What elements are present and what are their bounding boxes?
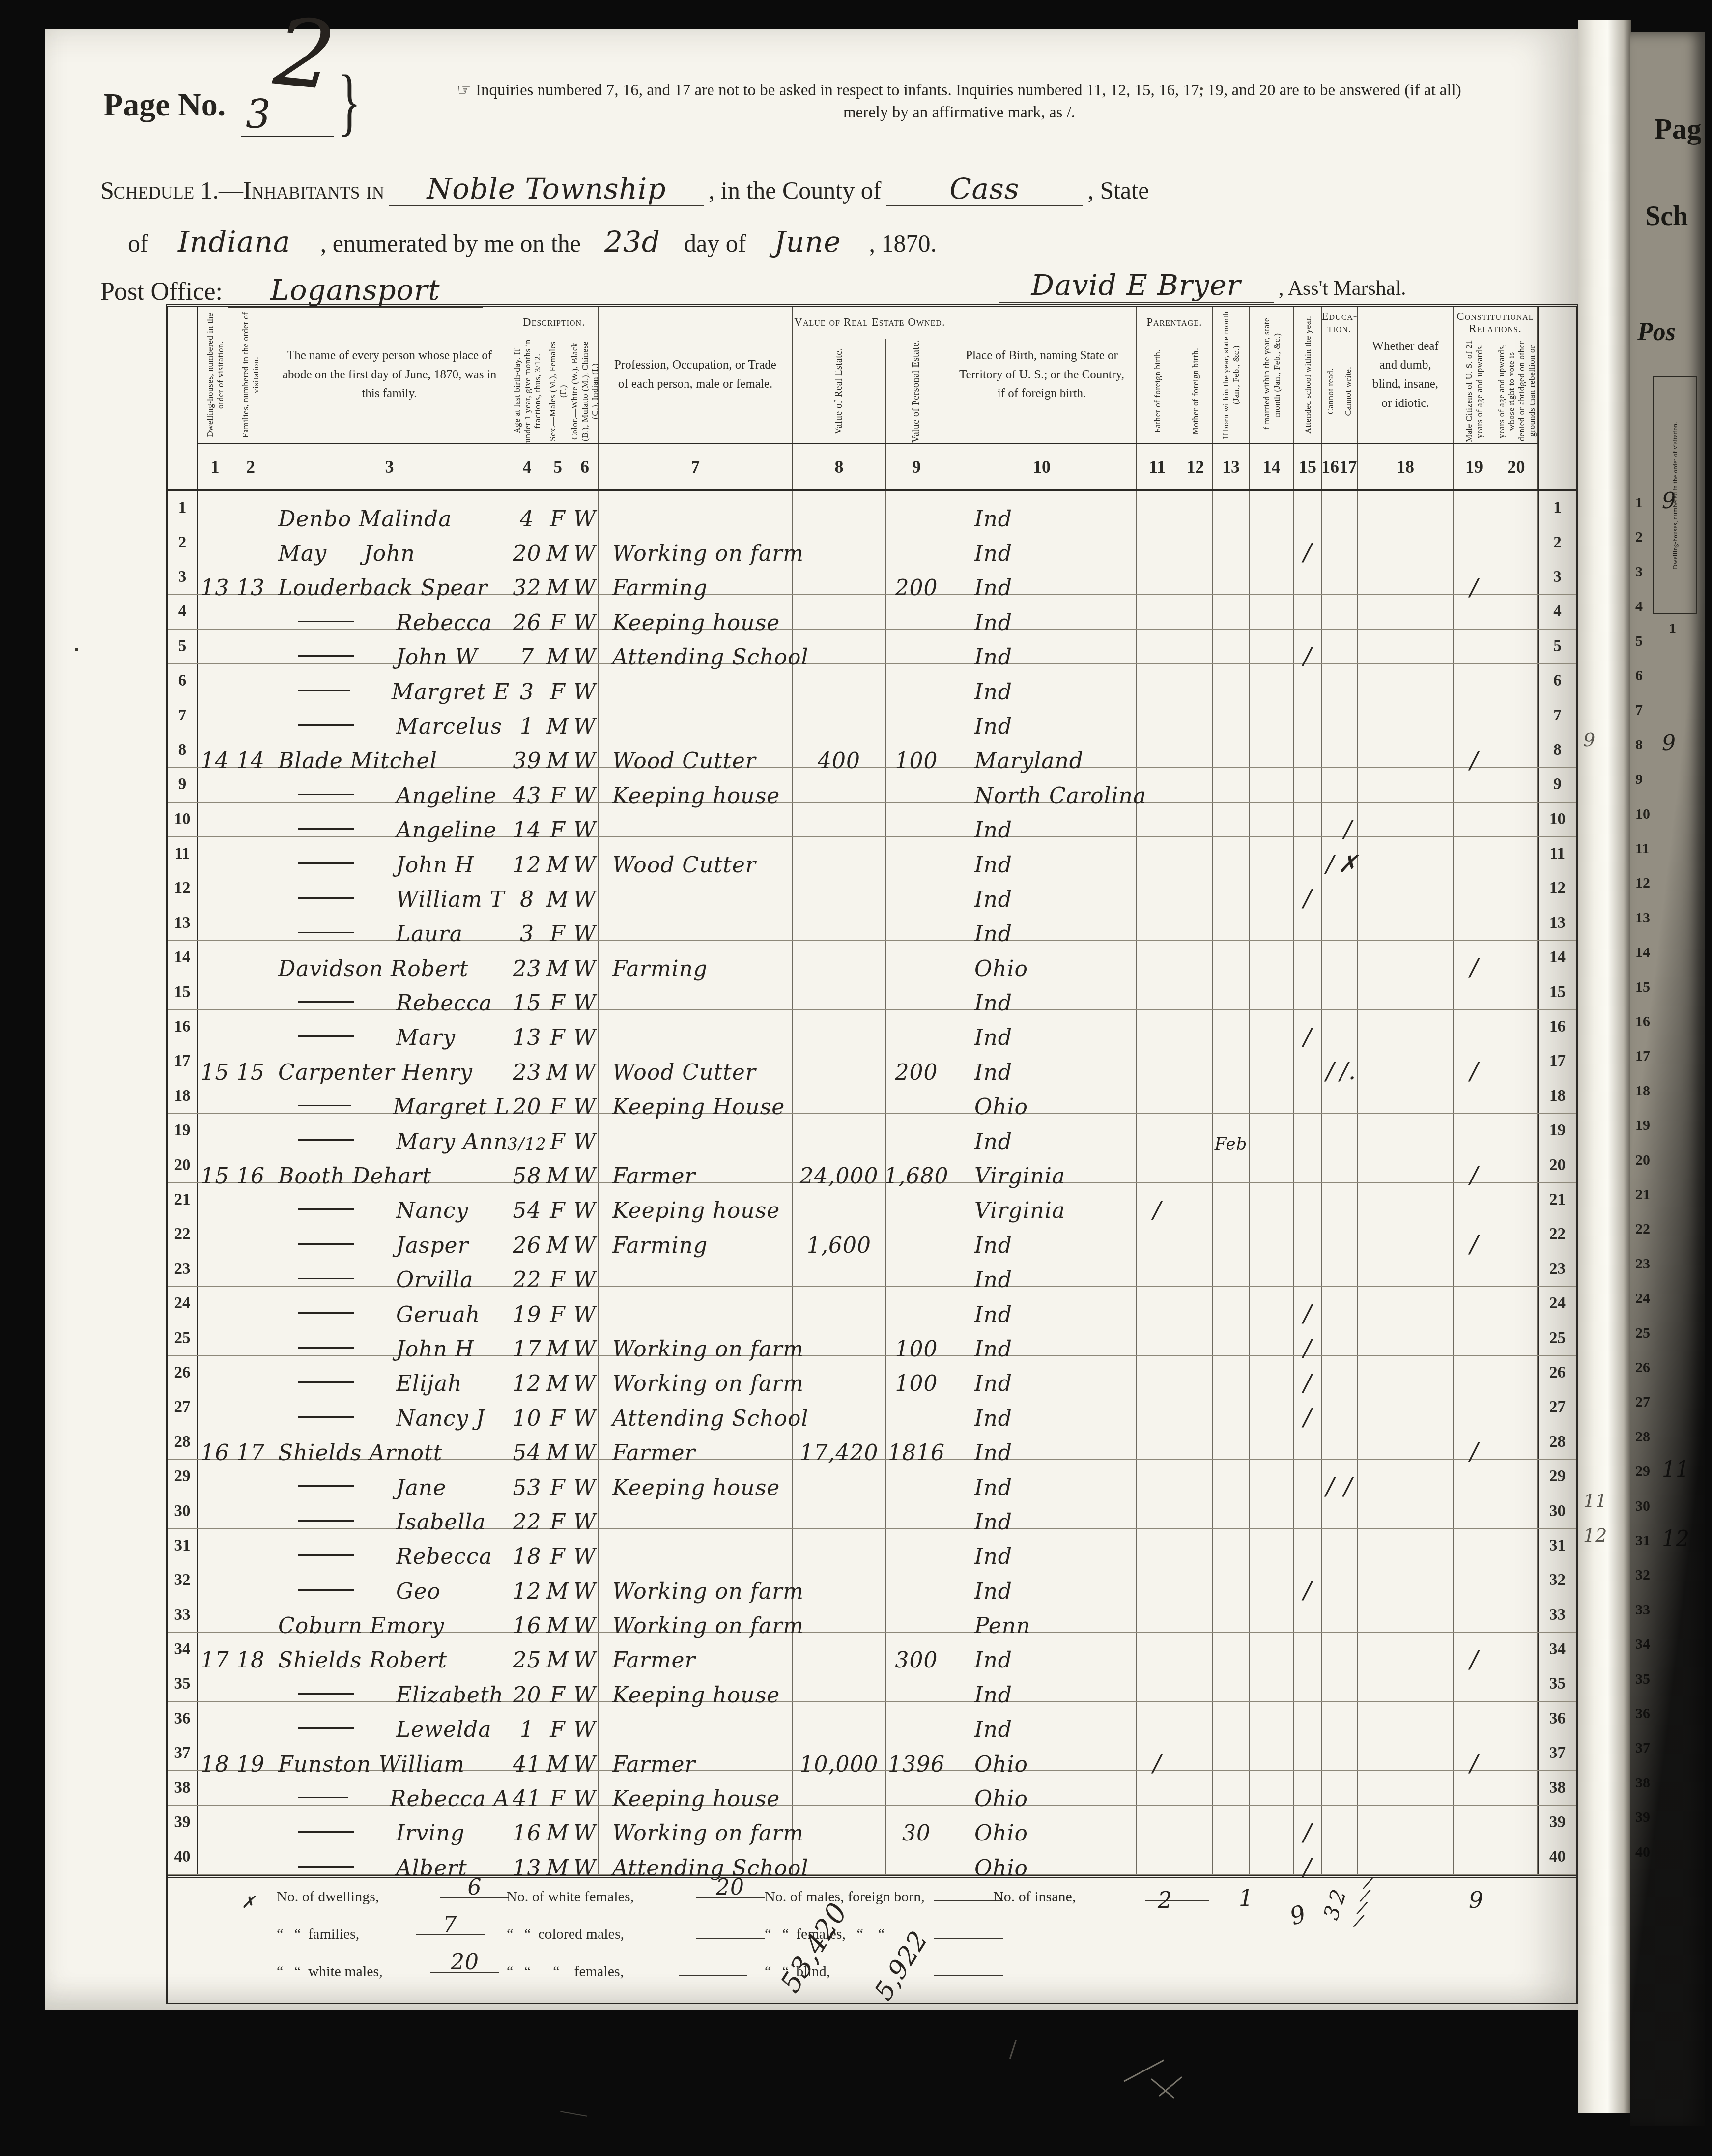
- cell-c15: [1294, 1667, 1322, 1701]
- cell-c19: [1454, 1806, 1495, 1840]
- person-name: Rebecca: [396, 1547, 492, 1567]
- value-col: W: [573, 959, 596, 979]
- ditto-dash: [298, 1243, 354, 1245]
- value-age: 22: [513, 1270, 542, 1291]
- value-col: W: [573, 1270, 596, 1291]
- next-page-row-number: 10: [1635, 806, 1650, 823]
- column-header-20: Male Citizens of U. S. of 21 years of ag…: [1495, 339, 1538, 443]
- cell-dw: [198, 975, 232, 1009]
- cell-c18: [1358, 803, 1454, 836]
- column-number-5: 5: [544, 443, 571, 489]
- value-sex: M: [546, 855, 569, 876]
- cell-c12: [1178, 560, 1213, 594]
- value-col: W: [573, 1097, 596, 1118]
- cell-re: [793, 1667, 886, 1701]
- value-c16: ∕: [1326, 853, 1334, 876]
- value-age: 12: [513, 1581, 542, 1602]
- cell-c17: [1339, 1667, 1358, 1701]
- cell-fam: 15: [232, 1044, 269, 1078]
- cell-c18: [1358, 1010, 1454, 1044]
- column-group-label: Constitutional Relations.: [1454, 307, 1538, 339]
- value-col: W: [573, 544, 596, 564]
- cell-c20: [1495, 630, 1538, 663]
- next-page-row-number: 30: [1635, 1498, 1650, 1515]
- person-name: Rebecca: [396, 613, 492, 633]
- value-col: W: [573, 647, 596, 668]
- cell-c17: [1339, 1736, 1358, 1770]
- cell-dw: [198, 1217, 232, 1251]
- cell-occ: Wood Cutter: [599, 1044, 793, 1078]
- cell-c12: [1178, 1598, 1213, 1632]
- ditto-dash: [298, 1278, 354, 1279]
- cell-fam: [232, 837, 269, 871]
- scratch-mark: [1009, 2040, 1017, 2059]
- value-sex: F: [550, 1789, 566, 1810]
- value-re: 1,600: [807, 1236, 871, 1256]
- cell-c11: [1137, 1114, 1178, 1148]
- cell-dw: [198, 1390, 232, 1424]
- value-sex: F: [550, 1512, 566, 1533]
- value-sex: F: [550, 682, 566, 703]
- value-c16: ∕: [1326, 1476, 1334, 1498]
- value-occ: Working on farm: [612, 1616, 804, 1637]
- cell-c17: [1339, 1563, 1358, 1597]
- value-age: 1: [520, 717, 534, 737]
- row-number-left: 19: [168, 1114, 198, 1148]
- cell-c14: [1250, 906, 1294, 940]
- value-age: 17: [513, 1339, 542, 1360]
- cell-pe: [886, 1217, 947, 1251]
- schedule-mid1: , in the County of: [709, 176, 881, 204]
- table-row: 1Denbo Malinda4FWInd1: [168, 491, 1576, 525]
- cell-c19: [1454, 906, 1495, 940]
- footer-summary-label: No. of dwellings,: [277, 1889, 379, 1905]
- cell-c20: [1495, 1356, 1538, 1390]
- value-age: 53: [513, 1478, 542, 1498]
- cell-c13: Feb: [1213, 1114, 1250, 1148]
- person-name: Marcelus: [396, 717, 502, 737]
- row-number-left: 22: [168, 1217, 198, 1251]
- row-number-right: 37: [1538, 1736, 1576, 1770]
- value-c19: ∕: [1470, 576, 1478, 599]
- cell-c20: [1495, 1702, 1538, 1736]
- cell-c11: [1137, 491, 1178, 525]
- row-number-right: 19: [1538, 1114, 1576, 1148]
- value-age: 13: [513, 1028, 542, 1048]
- row-number-right: 30: [1538, 1494, 1576, 1528]
- cell-c16: [1322, 1806, 1339, 1840]
- value-re: 24,000: [800, 1166, 879, 1187]
- next-page-row-number: 32: [1635, 1567, 1650, 1583]
- value-age: 25: [513, 1650, 542, 1671]
- cell-c18: [1358, 1702, 1454, 1736]
- cell-dw: [198, 803, 232, 836]
- value-c15: ∕: [1303, 645, 1312, 668]
- cell-c13: [1213, 1010, 1250, 1044]
- next-page-row-number: 34: [1635, 1636, 1650, 1653]
- cell-dw: [198, 837, 232, 871]
- value-bp: Ind: [974, 1270, 1012, 1291]
- cell-c14: [1250, 1114, 1294, 1148]
- cell-c15: [1294, 1529, 1322, 1563]
- next-page-row-number: 14: [1635, 944, 1650, 961]
- person-name: Rebecca: [396, 993, 492, 1014]
- cell-c16: [1322, 1563, 1339, 1597]
- column-number-8: 8: [793, 443, 886, 489]
- cell-c15: [1294, 1771, 1322, 1805]
- table-row: 16Mary13FWInd∕16: [168, 1010, 1576, 1044]
- table-body: 1Denbo Malinda4FWInd12May John20MWWorkin…: [168, 491, 1576, 1875]
- cell-c16: [1322, 768, 1339, 802]
- value-bp: Ind: [974, 993, 1012, 1014]
- cell-fam: [232, 1217, 269, 1251]
- person-name: John H: [396, 855, 474, 876]
- column-number-17: 17: [1339, 443, 1358, 489]
- cell-c16: [1322, 1736, 1339, 1770]
- value-col: W: [573, 1339, 596, 1360]
- next-page-row-number: 20: [1635, 1152, 1650, 1169]
- cell-c18: [1358, 1356, 1454, 1390]
- cell-c11: [1137, 698, 1178, 732]
- cell-c16: [1322, 906, 1339, 940]
- cell-c17: [1339, 1598, 1358, 1632]
- footer-insane-value: [1145, 1878, 1209, 1901]
- cell-fam: [232, 1390, 269, 1424]
- cell-c16: [1322, 803, 1339, 836]
- value-bp: Ind: [974, 890, 1012, 910]
- value-re: 10,000: [800, 1754, 879, 1775]
- cell-c13: [1213, 1390, 1250, 1424]
- cell-fam: [232, 1702, 269, 1736]
- cell-c12: [1178, 1321, 1213, 1355]
- cell-pe: [886, 941, 947, 975]
- row-number-left: 6: [168, 664, 198, 698]
- value-c19: ∕: [1470, 1164, 1478, 1187]
- cell-c16: [1322, 1633, 1339, 1667]
- cell-pe: [886, 1563, 947, 1597]
- value-sex: F: [550, 509, 566, 530]
- cell-c20: [1495, 1598, 1538, 1632]
- value-occ: Farmer: [612, 1650, 696, 1671]
- value-bp: Virginia: [974, 1201, 1065, 1221]
- cell-c13: [1213, 768, 1250, 802]
- cell-c13: [1213, 803, 1250, 836]
- next-page-row-number: 11: [1635, 840, 1649, 857]
- cell-fam: [232, 941, 269, 975]
- cell-c16: [1322, 1840, 1339, 1874]
- value-age: 3/12: [507, 1136, 546, 1152]
- cell-c18: [1358, 1287, 1454, 1321]
- cell-c12: [1178, 1183, 1213, 1217]
- cell-name: Coburn Emory: [269, 1598, 510, 1632]
- post-office-line: Post Office: Logansport: [100, 273, 483, 308]
- ditto-dash: [298, 1105, 351, 1106]
- cell-pe: [886, 1114, 947, 1148]
- cell-re: [793, 975, 886, 1009]
- row-number-right: 28: [1538, 1425, 1576, 1459]
- next-page-row-number: 33: [1635, 1602, 1650, 1618]
- cell-c12: [1178, 1771, 1213, 1805]
- page-header: Page No.: [103, 86, 226, 124]
- cell-fam: 18: [232, 1633, 269, 1667]
- cell-dw: [198, 698, 232, 732]
- table-row: 7Marcelus1MWInd7: [168, 698, 1576, 733]
- cell-c20: [1495, 1044, 1538, 1078]
- value-age: 15: [513, 993, 542, 1014]
- cell-c19: [1454, 1356, 1495, 1390]
- value-sex: F: [550, 1478, 566, 1498]
- cell-pe: 200: [886, 560, 947, 594]
- cell-c11: [1137, 1633, 1178, 1667]
- cell-name: Geruah: [269, 1287, 510, 1321]
- cell-c16: [1322, 1287, 1339, 1321]
- value-occ: Keeping house: [612, 1685, 780, 1706]
- footer-insane-label: No. of insane,: [993, 1889, 1076, 1905]
- cell-dw: [198, 1598, 232, 1632]
- footer-summary-value: 20: [430, 1953, 499, 1973]
- cell-c14: [1250, 664, 1294, 698]
- cell-pe: 1816: [886, 1425, 947, 1459]
- cell-c19: [1454, 1563, 1495, 1597]
- cell-fam: [232, 906, 269, 940]
- value-sex: M: [546, 1443, 569, 1464]
- cell-c12: [1178, 1736, 1213, 1770]
- value-occ: Farming: [612, 578, 708, 599]
- person-name: John H: [396, 1339, 474, 1360]
- value-col: W: [573, 855, 596, 876]
- cell-c11: [1137, 1494, 1178, 1528]
- cell-fam: [232, 1356, 269, 1390]
- cell-c16: [1322, 1598, 1339, 1632]
- value-age: 14: [513, 820, 542, 841]
- cell-c16: [1322, 491, 1339, 525]
- cell-re: [793, 525, 886, 559]
- cell-c16: [1322, 560, 1339, 594]
- row-number-right: 20: [1538, 1148, 1576, 1182]
- table-row: 23Orvilla22FWInd23: [168, 1252, 1576, 1287]
- person-name: Jasper: [396, 1236, 469, 1256]
- cell-c13: [1213, 525, 1250, 559]
- cell-c13: [1213, 698, 1250, 732]
- cell-c14: [1250, 837, 1294, 871]
- column-group-label: Parentage.: [1137, 307, 1213, 339]
- value-bp: Ohio: [974, 1789, 1028, 1810]
- person-name: May John: [278, 544, 415, 564]
- next-page-row-number: 6: [1635, 667, 1643, 684]
- value-pe: 200: [895, 578, 938, 599]
- column-header-13: If born within the year, state month (Ja…: [1213, 307, 1250, 443]
- value-bp: Ind: [974, 578, 1012, 599]
- cell-c16: ∕: [1322, 1460, 1339, 1494]
- ditto-dash: [298, 1001, 354, 1003]
- next-page-row-number: 3: [1635, 564, 1643, 580]
- row-number-left: 20: [168, 1148, 198, 1182]
- ditto-dash: [298, 862, 354, 864]
- row-number-right: 39: [1538, 1806, 1576, 1840]
- cell-c18: [1358, 1598, 1454, 1632]
- value-sex: F: [550, 1201, 566, 1221]
- cell-c11: [1137, 525, 1178, 559]
- ditto-dash: [298, 1485, 354, 1487]
- table-row: 14Davidson Robert23MWFarmingOhio∕14: [168, 941, 1576, 975]
- table-row: 11John H12MWWood CutterInd∕✗11: [168, 837, 1576, 871]
- value-age: 41: [513, 1754, 542, 1775]
- value-age: 23: [513, 1063, 542, 1083]
- value-sex: M: [546, 1581, 569, 1602]
- cell-c17: [1339, 1529, 1358, 1563]
- value-age: 58: [513, 1166, 542, 1187]
- value-occ: Attending School: [612, 1409, 809, 1429]
- cell-pe: 1,680: [886, 1148, 947, 1182]
- cell-c14: [1250, 1529, 1294, 1563]
- value-pe: 100: [895, 1339, 938, 1360]
- cell-pe: [886, 1494, 947, 1528]
- adjacent-page-sliver: Pag Sch Pos Dwelling-houses, numbered in…: [1630, 32, 1705, 2126]
- cell-c17: [1339, 1390, 1358, 1424]
- cell-c11: [1137, 560, 1178, 594]
- cell-c16: ∕: [1322, 837, 1339, 871]
- cell-c12: [1178, 1494, 1213, 1528]
- person-name: Carpenter Henry: [278, 1063, 473, 1083]
- cell-c16: [1322, 1356, 1339, 1390]
- value-pe: 300: [895, 1650, 938, 1671]
- value-fam: 14: [236, 751, 265, 772]
- value-sex: M: [546, 1166, 569, 1187]
- cell-c16: [1322, 1114, 1339, 1148]
- next-page-row-number: 35: [1635, 1671, 1650, 1688]
- cell-c18: [1358, 1667, 1454, 1701]
- value-bp: Ind: [974, 509, 1012, 530]
- value-sex: M: [546, 1339, 569, 1360]
- cell-c19: [1454, 664, 1495, 698]
- value-c15: ∕: [1303, 1372, 1312, 1395]
- value-age: 16: [513, 1823, 542, 1844]
- cell-c17: [1339, 1287, 1358, 1321]
- column-group-label: Educa-tion.: [1322, 307, 1358, 339]
- ditto-dash: [298, 1554, 354, 1556]
- value-c15: ∕: [1303, 542, 1312, 564]
- cell-sex: F: [544, 491, 571, 525]
- cell-re: [793, 1598, 886, 1632]
- person-name: Isabella: [396, 1512, 486, 1533]
- cell-c14: [1250, 1183, 1294, 1217]
- cell-c17: [1339, 491, 1358, 525]
- column-header-11: Father of foreign birth.: [1137, 339, 1178, 443]
- column-header-3: The name of every person whose place of …: [269, 307, 510, 443]
- cell-c20: [1495, 1287, 1538, 1321]
- value-bp: Ind: [974, 1650, 1012, 1671]
- page-no-overwrite: 2: [270, 5, 340, 104]
- cell-re: [793, 1633, 886, 1667]
- cell-fam: [232, 1840, 269, 1874]
- cell-c16: [1322, 1217, 1339, 1251]
- cell-c14: [1250, 941, 1294, 975]
- cell-c19: ∕: [1454, 1633, 1495, 1667]
- value-bp: Ind: [974, 682, 1012, 703]
- cell-dw: [198, 1114, 232, 1148]
- row-number-right: 9: [1538, 768, 1576, 802]
- cell-c16: [1322, 1183, 1339, 1217]
- cell-c18: [1358, 560, 1454, 594]
- next-page-row-number: 18: [1635, 1083, 1650, 1099]
- cell-c13: [1213, 1806, 1250, 1840]
- schedule-label: Schedule 1.—Inhabitants in: [100, 176, 384, 204]
- cell-c18: [1358, 1840, 1454, 1874]
- value-col: W: [573, 1443, 596, 1464]
- footer-col11-total: 2: [1158, 1887, 1172, 1913]
- cell-dw: [198, 941, 232, 975]
- column-number-13: 13: [1213, 443, 1250, 489]
- cell-occ: Working on farm: [599, 525, 793, 559]
- value-age: 26: [513, 613, 542, 633]
- cell-c13: [1213, 1563, 1250, 1597]
- month-field: June: [751, 225, 864, 259]
- person-name: Booth Dehart: [278, 1166, 431, 1187]
- cell-c12: [1178, 1667, 1213, 1701]
- cell-re: [793, 1010, 886, 1044]
- next-page-row-number: 29: [1635, 1463, 1650, 1480]
- table-row: 25John H17MWWorking on farm100Ind∕25: [168, 1321, 1576, 1355]
- value-sex: F: [550, 993, 566, 1014]
- cell-dw: 18: [198, 1736, 232, 1770]
- value-sex: M: [546, 1823, 569, 1844]
- cell-pe: [886, 803, 947, 836]
- cell-dw: [198, 491, 232, 525]
- footer-check-mark: ✗: [241, 1893, 256, 1912]
- cell-re: [793, 491, 886, 525]
- value-age: 4: [520, 509, 534, 530]
- next-page-row-number: 21: [1635, 1186, 1650, 1203]
- cell-c13: [1213, 664, 1250, 698]
- cell-c12: [1178, 525, 1213, 559]
- value-bp: Ind: [974, 1236, 1012, 1256]
- table-row: 40Albert13MWAttending SchoolOhio∕40: [168, 1840, 1576, 1874]
- column-header-1: Dwelling-houses, numbered in the order o…: [198, 307, 232, 443]
- cell-re: [793, 1114, 886, 1148]
- cell-c18: [1358, 871, 1454, 905]
- cell-c20: [1495, 803, 1538, 836]
- row-number-right: 1: [1538, 491, 1576, 525]
- value-bp: Ind: [974, 1443, 1012, 1464]
- table-row: 371819Funston William41MWFarmer10,000139…: [168, 1736, 1576, 1771]
- gutter-handwritten-number: 11: [1583, 1490, 1607, 1512]
- footer-summary-value: [679, 1953, 747, 1976]
- next-page-row-number: 5: [1635, 633, 1643, 650]
- cell-c12: [1178, 1840, 1213, 1874]
- instructions-line2: merely by an affirmative mark, as /.: [843, 104, 1075, 121]
- value-occ: Keeping house: [612, 1478, 780, 1498]
- value-sex: M: [546, 1616, 569, 1637]
- cell-fam: [232, 1287, 269, 1321]
- cell-re: [793, 837, 886, 871]
- footer-summary-label: “ “ colored males,: [507, 1926, 624, 1943]
- cell-c20: [1495, 1771, 1538, 1805]
- cell-c20: [1495, 975, 1538, 1009]
- row-number-right: 24: [1538, 1287, 1576, 1321]
- value-c17: ✗: [1338, 853, 1358, 876]
- cell-c19: ∕: [1454, 941, 1495, 975]
- cell-c15: [1294, 491, 1322, 525]
- cell-c11: [1137, 1390, 1178, 1424]
- ditto-dash: [298, 1727, 354, 1729]
- value-occ: Working on farm: [612, 1581, 804, 1602]
- cell-c14: [1250, 871, 1294, 905]
- cell-c11: [1137, 1079, 1178, 1113]
- cell-c14: [1250, 1806, 1294, 1840]
- cell-age: 4: [510, 491, 544, 525]
- value-bp: Ind: [974, 1132, 1012, 1152]
- page-no-value: 3: [246, 91, 271, 137]
